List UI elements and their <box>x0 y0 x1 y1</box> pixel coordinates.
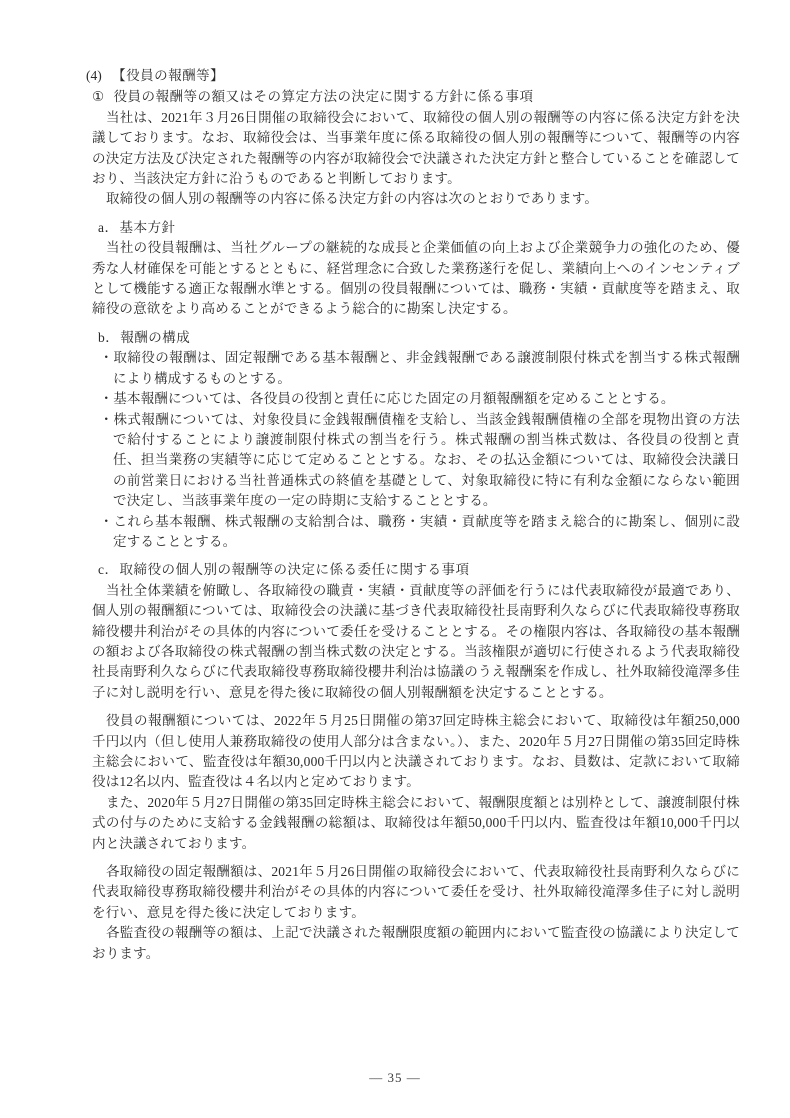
item-number: ① <box>92 87 104 107</box>
paragraph-remuneration-limit-1: 役員の報酬額については、2022年５月25日開催の第37回定時株主総会において、… <box>92 711 740 793</box>
subsection-a-label: a． <box>98 220 119 235</box>
paragraph-remuneration-limit-2: また、2020年５月27日開催の第35回定時株主総会において、報酬限度額とは別枠… <box>92 793 740 854</box>
page-number: ― 35 ― <box>369 1070 421 1085</box>
section-content: ① 役員の報酬等の額又はその算定方法の決定に関する方針に係る事項 当社は、202… <box>92 87 740 964</box>
bullet-marker: ・ <box>100 412 114 427</box>
subsection-c-label: c． <box>98 562 119 577</box>
subsection-b-title: 報酬の構成 <box>120 330 190 345</box>
bullet-text: これら基本報酬、株式報酬の支給割合は、職務・実績・貢献度等を踏まえ総合的に勘案し… <box>113 514 740 549</box>
subsection-a-heading: a．基本方針 <box>92 218 740 238</box>
subsection-b-heading: b．報酬の構成 <box>92 328 740 348</box>
subsection-b-label: b． <box>98 330 119 345</box>
item-title: 役員の報酬等の額又はその算定方法の決定に関する方針に係る事項 <box>113 87 533 107</box>
bullet-item: ・基本報酬については、各役員の役割と責任に応じた固定の月額報酬額を定めることとす… <box>96 389 740 409</box>
bullet-text: 株式報酬については、対象役員に金銭報酬債権を支給し、当該金銭報酬債権の全部を現物… <box>113 412 740 509</box>
subsection-c-heading: c．取締役の個人別の報酬等の決定に係る委任に関する事項 <box>92 560 740 580</box>
bullet-marker: ・ <box>100 514 114 529</box>
bullet-text: 取締役の報酬は、固定報酬である基本報酬と、非金銭報酬である譲渡制限付株式を割当す… <box>113 350 740 385</box>
paragraph-delegation: 当社全体業績を俯瞰し、各取締役の職責・実績・貢献度等の評価を行うには代表取締役が… <box>92 581 740 703</box>
bullet-text: 基本報酬については、各役員の役割と責任に応じた固定の月額報酬額を定めることとする… <box>113 391 674 406</box>
bullet-marker: ・ <box>100 350 114 365</box>
bullet-list: ・取締役の報酬は、固定報酬である基本報酬と、非金銭報酬である譲渡制限付株式を割当… <box>92 348 740 552</box>
page-footer: ― 35 ― <box>0 1068 790 1088</box>
bullet-item: ・取締役の報酬は、固定報酬である基本報酬と、非金銭報酬である譲渡制限付株式を割当… <box>96 348 740 389</box>
paragraph-basic-policy: 当社の役員報酬は、当社グループの継続的な成長と企業価値の向上および企業競争力の強… <box>92 238 740 320</box>
bullet-marker: ・ <box>100 391 114 406</box>
section-heading: (4) 【役員の報酬等】 <box>86 66 740 86</box>
subsection-a-title: 基本方針 <box>120 220 176 235</box>
paragraph-fixed-remuneration: 各取締役の固定報酬額は、2021年５月26日開催の取締役会において、代表取締役社… <box>92 862 740 923</box>
bullet-item: ・株式報酬については、対象役員に金銭報酬債権を支給し、当該金銭報酬債権の全部を現… <box>96 410 740 512</box>
paragraph-policy-intro: 取締役の個人別の報酬等の内容に係る決定方針の内容は次のとおりであります。 <box>92 189 740 209</box>
paragraph-auditor-remuneration: 各監査役の報酬等の額は、上記で決議された報酬限度額の範囲内において監査役の協議に… <box>92 923 740 964</box>
paragraph-policy-resolution: 当社は、2021年３月26日開催の取締役会において、取締役の個人別の報酬等の内容… <box>92 108 740 190</box>
section-number: (4) <box>86 66 102 86</box>
section-title: 【役員の報酬等】 <box>112 66 224 86</box>
document-page: (4) 【役員の報酬等】 ① 役員の報酬等の額又はその算定方法の決定に関する方針… <box>0 0 790 1118</box>
document-body: (4) 【役員の報酬等】 ① 役員の報酬等の額又はその算定方法の決定に関する方針… <box>86 66 740 964</box>
subsection-c-title: 取締役の個人別の報酬等の決定に係る委任に関する事項 <box>120 562 470 577</box>
bullet-item: ・これら基本報酬、株式報酬の支給割合は、職務・実績・貢献度等を踏まえ総合的に勘案… <box>96 512 740 553</box>
item-heading: ① 役員の報酬等の額又はその算定方法の決定に関する方針に係る事項 <box>92 87 740 107</box>
